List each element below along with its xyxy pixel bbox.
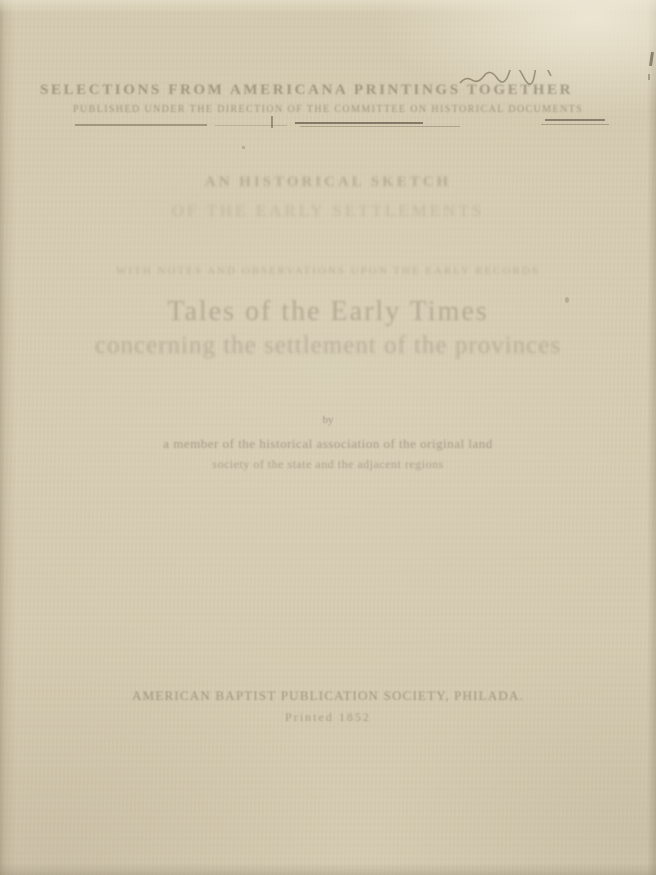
imprint-line-1: AMERICAN BAPTIST PUBLICATION SOCIETY, PH…: [78, 688, 578, 704]
pen-mark-edge-2: [648, 74, 650, 80]
title-line-1: Tales of the Early Times: [98, 296, 558, 328]
ink-scribble: [458, 70, 558, 90]
ornamental-rule-center-thin: [300, 126, 460, 127]
imprint-line-2: Printed 1852: [198, 710, 458, 725]
scanned-page: SELECTIONS FROM AMERICANA PRINTINGS TOGE…: [0, 0, 656, 875]
section-line-3: WITH NOTES AND OBSERVATIONS UPON THE EAR…: [68, 265, 588, 277]
header-line-2: PUBLISHED UNDER THE DIRECTION OF THE COM…: [45, 104, 611, 115]
ornamental-rule-mid-faint: [215, 125, 287, 126]
title-line-2: concerning the settlement of the provinc…: [48, 332, 608, 360]
ornamental-rule-tick: [271, 116, 273, 128]
dot-mark: [242, 146, 245, 149]
section-line-1: AN HISTORICAL SKETCH: [128, 174, 528, 191]
ornamental-rule-right-dash-2: [541, 124, 609, 125]
ornamental-rule-left: [75, 124, 207, 126]
byline-line-2: society of the state and the adjacent re…: [113, 457, 543, 472]
byline-line-1: a member of the historical association o…: [63, 436, 593, 452]
pen-mark-edge-1: [649, 52, 653, 66]
fleck-mark: [565, 297, 569, 303]
byline-prefix: by: [268, 414, 388, 426]
section-line-2: OF THE EARLY SETTLEMENTS: [98, 201, 558, 221]
ornamental-rule-right-dash-1: [545, 119, 605, 121]
ornamental-rule-center-dark: [295, 122, 423, 124]
